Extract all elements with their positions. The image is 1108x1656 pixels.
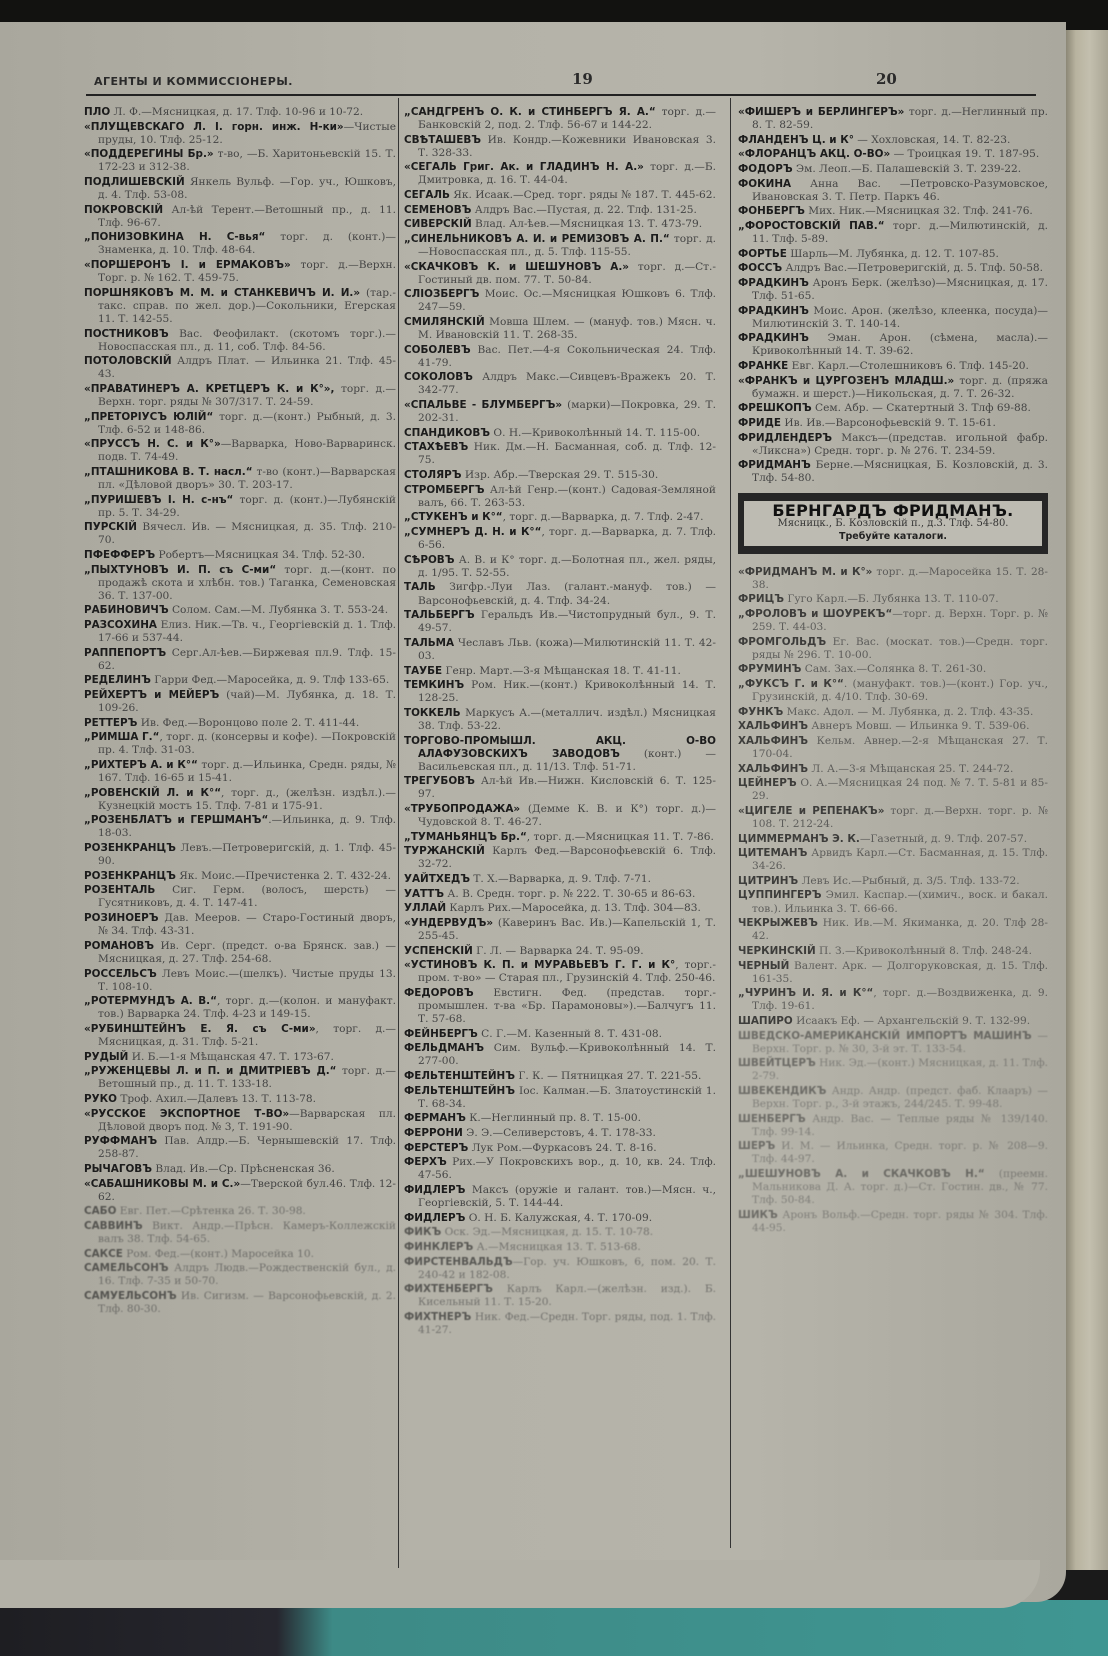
entry-name: «ПРУССЪ Н. С. и К°» (84, 438, 221, 450)
entry-name: УСПЕНСКІЙ (404, 945, 473, 957)
directory-entry: „РОЗЕНБЛАТЪ и ГЕРШМАНЪ“.—Ильинка, д. 9. … (84, 814, 396, 840)
directory-entry: РОЗЕНКРАНЦЪ Як. Моис.—Пречистенка 2. Т. … (84, 870, 396, 883)
directory-entry: ФЕРМАНЪ К.—Неглинный пр. 8. Т. 15-00. (404, 1112, 716, 1125)
entry-details: Эм. Леоп.—Б. Палашевскій 3. Т. 239-22. (793, 163, 1021, 175)
directory-entry: ХАЛЬФИНЪ Авнеръ Мовш. — Ильинка 9. Т. 53… (738, 720, 1048, 733)
entry-details: Мих. Ник.—Мясницкая 32. Тлф. 241-76. (805, 205, 1033, 217)
entry-details: Зигфр.-Луи Лаз. (галант.-мануф. тов.) —В… (418, 581, 716, 606)
entry-details: Валент. Арк. — Долгоруковская, д. 15. Тл… (752, 960, 1048, 985)
entry-details: Авнеръ Мовш. — Ильинка 9. Т. 539-06. (808, 720, 1029, 732)
directory-entry: «ПРУССЪ Н. С. и К°»—Варварка, Ново-Варва… (84, 438, 396, 464)
entry-name: ФИХТНЕРЪ (404, 1311, 471, 1323)
entry-details: Шарль—М. Лубянка, д. 12. Т. 107-85. (787, 248, 999, 260)
directory-entry: СОБОЛЕВЪ Вас. Пет.—4-я Сокольническая 24… (404, 344, 716, 370)
entry-name: РОЗЕНТАЛЬ (84, 884, 155, 896)
directory-entry: ШВЕЙТЦЕРЪ Ник. Эд.—(конт.) Мясницкая, д.… (738, 1057, 1048, 1083)
entry-details: Анна Вас. —Петровско-Разумовское, Иванов… (752, 178, 1048, 203)
directory-entry: РОССЕЛЬСЪ Левъ Моис.—(шелкъ). Чистые пру… (84, 968, 396, 994)
advertisement-content: БЕРНГАРДЪ ФРИДМАНЪ. Мясницк., Б. Козловс… (744, 501, 1042, 545)
entry-name: ФИДЛЕРЪ (404, 1184, 465, 1196)
directory-entry: РЕЙХЕРТЪ и МЕЙЕРЪ (чай)—М. Лубянка, д. 1… (84, 689, 396, 715)
entry-name: ФОДОРЪ (738, 163, 793, 175)
entry-name: «ТРУБОПРОДАЖА» (404, 803, 520, 815)
directory-entry: ФЕРРОНИ Э. Э.—Селиверстовъ, 4. Т. 178-33… (404, 1127, 716, 1140)
entry-name: ФРОМГОЛЬДЪ (738, 636, 826, 648)
directory-entry: «ТРУБОПРОДАЖА» (Демме К. В. и К°) торг. … (404, 803, 716, 829)
entry-details: Гуго Карл.—Б. Лубянка 13. Т. 110-07. (784, 593, 999, 605)
directory-entry: ПЛО Л. Ф.—Мясницкая, д. 17. Тлф. 10-96 и… (84, 106, 396, 119)
entry-name: „ПТАШНИКОВА В. Т. насл.“ (84, 466, 253, 478)
directory-entry: РАППЕПОРТЪ Серг.Ал-ѣев.—Биржевая пл.9. Т… (84, 647, 396, 673)
directory-entry: ФИДЛЕРЪ Максъ (оружіе и галант. тов.)—Мя… (404, 1184, 716, 1210)
entry-name: ФЕРХЪ (404, 1156, 447, 1168)
directory-entry: ФЕЙНБЕРГЪ С. Г.—М. Казенный 8. Т. 431-08… (404, 1028, 716, 1041)
directory-entry: «УСТИНОВЪ К. П. и МУРАВЬЕВЪ Г. Г. и К°, … (404, 959, 716, 985)
entry-name: ЧЕРКИНСКІЙ (738, 945, 816, 957)
entry-name: РЕТТЕРЪ (84, 717, 137, 729)
entry-details: Ром. Фед.—(конт.) Маросейка 10. (123, 1248, 314, 1260)
directory-entry: ПОДЛИШЕВСКІЙ Янкель Вульф. —Гор. уч., Юш… (84, 176, 396, 202)
entry-name: ПОТОЛОВСКІЙ (84, 355, 172, 367)
entry-details: —Газетный, д. 9. Тлф. 207-57. (860, 833, 1027, 845)
directory-entry: ШАПИРО Исаакъ Еф. — Архангельскій 9. Т. … (738, 1015, 1048, 1028)
entry-name: СПАНДИКОВЪ (404, 427, 490, 439)
entry-name: „РИХТЕРЪ А. и К°“ (84, 759, 198, 771)
entry-details: П. З.—Кривоколѣнный 8. Тлф. 248-24. (816, 945, 1032, 957)
entry-name: ЦЕЙНЕРЪ (738, 777, 797, 789)
entries-before-ad: «ФИШЕРЪ и БЕРЛИНГЕРЪ» торг. д.—Неглинный… (738, 106, 1048, 485)
directory-entry: ТАЛЬБЕРГЪ Геральдъ Ив.—Чистопрудный бул.… (404, 609, 716, 635)
entry-details: С. Г.—М. Казенный 8. Т. 431-08. (478, 1028, 662, 1040)
entry-name: „РОВЕНСКІЙ Л. и К°“ (84, 787, 221, 799)
entry-name: РУФФМАНЪ (84, 1135, 157, 1147)
entry-details: — Троицкая 19. Т. 187-95. (890, 148, 1039, 160)
entry-details: О. Н. Б. Калужская, 4. Т. 170-09. (465, 1212, 652, 1224)
directory-entry: СѢРОВЪ А. В. и К° торг. д.—Болотная пл.,… (404, 554, 716, 580)
directory-entry: «ФРАНКЪ и ЦУРГОЗЕНЪ МЛАДШ.» торг. д. (пр… (738, 375, 1048, 401)
directory-entry: ФИРСТЕНВАЛЬДЪ—Гор. уч. Юшковъ, 6, пом. 2… (404, 1256, 716, 1282)
directory-entry: ФИКЪ Оск. Эд.—Мясницкая, д. 15. Т. 10-78… (404, 1226, 716, 1239)
entry-name: ТАЛЬ (404, 581, 436, 593)
entry-name: САБО (84, 1205, 116, 1217)
entry-details: И. М. — Ильинка, Средн. торг. р. № 208—9… (752, 1140, 1048, 1165)
entry-details: Влад. Ал-ѣев.—Мясницкая 13. Т. 473-79. (472, 218, 702, 230)
directory-entry: «САБАШНИКОВЫ М. и С.»—Тверской бул.46. Т… (84, 1178, 396, 1204)
entry-name: РУДЫЙ (84, 1051, 128, 1063)
entry-details: Як. Моис.—Пречистенка 2. Т. 432-24. (176, 870, 391, 882)
entry-details: Алдръ Вас.—Пустая, д. 22. Тлф. 131-25. (471, 204, 696, 216)
directory-entry: ПУРСКІЙ Вячесл. Ив. — Мясницкая, д. 35. … (84, 521, 396, 547)
entry-details: — Хохловская, 14. Т. 82-23. (854, 134, 1011, 146)
directory-entry: ФРИДЛЕНДЕРЪ Максъ—(представ. игольной фа… (738, 432, 1048, 458)
entry-name: „РУЖЕНЦЕВЫ Л. и П. и ДМИТРІЕВЪ Д.“ (84, 1065, 337, 1077)
entry-name: СИВЕРСКІЙ (404, 218, 472, 230)
entry-name: ФИНКЛЕРЪ (404, 1241, 473, 1253)
entry-name: «РУБИНШТЕЙНЪ Е. Я. съ С-ми» (84, 1023, 316, 1035)
entry-name: ПФЕФФЕРЪ (84, 549, 155, 561)
entry-name: ФРИДЕ (738, 417, 781, 429)
entry-name: ТРЕГУБОВЪ (404, 775, 475, 787)
entry-details: Троф. Ахил.—Далевъ 13. Т. 113-78. (117, 1093, 316, 1105)
directory-entry: ФРИДЕ Ив. Ив.—Варсонофьевскій 9. Т. 15-6… (738, 417, 1048, 430)
entry-name: РОЗЕНКРАНЦЪ (84, 870, 176, 882)
entry-name: ТУРЖАНСКІЙ (404, 845, 485, 857)
directory-entry: «ПРАВАТИНЕРЪ А. КРЕТЦЕРЪ К. и К°», торг.… (84, 383, 396, 409)
directory-entry: РЕТТЕРЪ Ив. Фед.—Воронцово поле 2. Т. 41… (84, 717, 396, 730)
entry-name: САМЕЛЬСОНЪ (84, 1262, 169, 1274)
entry-details: Вячесл. Ив. — Мясницкая, д. 35. Тлф. 210… (98, 521, 396, 546)
directory-entry: ФЛАНДЕНЪ Ц. и К° — Хохловская, 14. Т. 82… (738, 134, 1048, 147)
entry-name: „ФРОЛОВЪ и ШОУРЕКЪ“ (738, 608, 892, 620)
directory-entry: УАТТЪ А. В. Средн. торг. р. № 222. Т. 30… (404, 888, 716, 901)
entry-name: ТАЛЬБЕРГЪ (404, 609, 475, 621)
entry-name: САМУЕЛЬСОНЪ (84, 1290, 177, 1302)
entry-name: ФЕРРОНИ (404, 1127, 463, 1139)
entry-name: «ПОРШЕРОНЪ І. и ЕРМАКОВЪ» (84, 259, 291, 271)
directory-entry: ФИДЛЕРЪ О. Н. Б. Калужская, 4. Т. 170-09… (404, 1212, 716, 1225)
directory-entry: ФЕЛЬТЕНШТЕЙНЪ Г. К. — Пятницкая 27. Т. 2… (404, 1070, 716, 1083)
directory-entry: «СЕГАЛЬ Григ. Ак. и ГЛАДИНЪ Н. А.» торг.… (404, 161, 716, 187)
directory-entry: ФОРТЬЕ Шарль—М. Лубянка, д. 12. Т. 107-8… (738, 248, 1048, 261)
entry-details: Рих.—У Покровскихъ вор., д. 10, кв. 24. … (418, 1156, 716, 1181)
entry-details: Лук Ром.—Фуркасовъ 24. Т. 8-16. (468, 1142, 656, 1154)
entry-name: ФИКЪ (404, 1226, 441, 1238)
entry-details: О. А.—Мясницкая 24 под. № 7. Т. 5-81 и 8… (752, 777, 1048, 802)
entry-details: Маркусъ А.—(металлич. издѣл.) Мясницкая … (418, 707, 716, 732)
directory-entry: ФОНБЕРГЪ Мих. Ник.—Мясницкая 32. Тлф. 24… (738, 205, 1048, 218)
entry-details: Л. Ф.—Мясницкая, д. 17. Тлф. 10-96 и 10-… (110, 106, 363, 118)
ad-call-to-action: Требуйте каталоги. (746, 530, 1040, 543)
entry-details: А.—Мясницкая 13. Т. 513-68. (473, 1241, 640, 1253)
directory-entry: РЫЧАГОВЪ Влад. Ив.—Ср. Прѣсненская 36. (84, 1163, 396, 1176)
directory-entry: ФРИДМАНЪ Берне.—Мясницкая, Б. Козловскій… (738, 459, 1048, 485)
directory-entry: „ПУРИШЕВЪ І. Н. с-нъ“ торг. д. (конт.)—Л… (84, 494, 396, 520)
running-title: АГЕНТЫ И КОММИССІОНЕРЫ. (94, 75, 293, 88)
directory-entry: „ФУКСЪ Г. и К°“. (мануфакт. тов.)—(конт.… (738, 678, 1048, 704)
entry-name: САКСЕ (84, 1248, 123, 1260)
entry-name: ФЕЙНБЕРГЪ (404, 1028, 478, 1040)
directory-entry: ШЕРЪ И. М. — Ильинка, Средн. торг. р. № … (738, 1140, 1048, 1166)
entry-name: „ПЫХТУНОВЪ И. П. съ С-ми“ (84, 564, 276, 576)
entry-name: ТАЛЬМА (404, 637, 454, 649)
directory-entry: САМЕЛЬСОНЪ Алдръ Людв.—Рождественскій бу… (84, 1262, 396, 1288)
entry-name: «УСТИНОВЪ К. П. и МУРАВЬЕВЪ Г. Г. и К° (404, 959, 675, 971)
entry-details: Генр. Март.—3-я Мѣщанская 18. Т. 41-11. (442, 665, 681, 677)
page-number-left: 19 (572, 70, 593, 88)
entry-details: Макс. Адол. — М. Лубянка, д. 2. Тлф. 43-… (783, 706, 1033, 718)
directory-entry: ФОКИНА Анна Вас. —Петровско-Разумовское,… (738, 178, 1048, 204)
entry-name: „ФУКСЪ Г. и К°“ (738, 678, 844, 690)
ad-title: БЕРНГАРДЪ ФРИДМАНЪ. (746, 504, 1040, 517)
directory-entry: „ПТАШНИКОВА В. Т. насл.“ т-во (конт.)—Ва… (84, 466, 396, 492)
directory-entry: ФЕЛЬДМАНЪ Сим. Вульф.—Кривоколѣнный 14. … (404, 1042, 716, 1068)
entry-name: «ПОДДЕРЕГИНЫ Бр.» (84, 148, 214, 160)
entry-name: ШАПИРО (738, 1015, 793, 1027)
directory-entry: «ФРИДМАНЪ М. и К°» торг. д.—Маросейка 15… (738, 566, 1048, 592)
entry-name: РОЗИНОЕРЪ (84, 912, 159, 924)
directory-entry: ФЕДОРОВЪ Евстигн. Фед. (представ. торг.-… (404, 987, 716, 1026)
directory-entry: „ПРЕТОРІУСЪ ЮЛІЙ“ торг. д.—(конт.) Рыбны… (84, 411, 396, 437)
entry-name: ТОККЕЛЬ (404, 707, 461, 719)
directory-entry: УЛЛАЙ Карлъ Рих.—Маросейка, д. 13. Тлф. … (404, 902, 716, 915)
entry-name: ХАЛЬФИНЪ (738, 735, 808, 747)
entry-name: ФЕДОРОВЪ (404, 987, 474, 999)
entry-name: УЛЛАЙ (404, 902, 446, 914)
directory-entry: ФРАДКИНЪ Моис. Арон. (желѣзо, клеенка, п… (738, 305, 1048, 331)
entries-after-ad: «ФРИДМАНЪ М. и К°» торг. д.—Маросейка 15… (738, 566, 1048, 1235)
directory-entry: ТЕМКИНЪ Ром. Ник.—(конт.) Кривоколѣнный … (404, 679, 716, 705)
entry-name: РЫЧАГОВЪ (84, 1163, 152, 1175)
directory-entry: ПОСТНИКОВЪ Вас. Феофилакт. (скотомъ торг… (84, 328, 396, 354)
entry-name: САВВИНЪ (84, 1220, 143, 1232)
entry-name: ЦИТЕМАНЪ (738, 847, 807, 859)
directory-entry: СПАНДИКОВЪ О. Н.—Кривоколѣнный 14. Т. 11… (404, 427, 716, 440)
directory-entry: „СУМНЕРЪ Д. Н. и К°“, торг. д.—Варварка,… (404, 526, 716, 552)
directory-entry: СИВЕРСКІЙ Влад. Ал-ѣев.—Мясницкая 13. Т.… (404, 218, 716, 231)
entry-details: Викт. Андр.—Прѣсн. Камеръ-Коллежскій вал… (98, 1220, 396, 1245)
entry-name: СОБОЛЕВЪ (404, 344, 471, 356)
directory-entry: ШИКЪ Аронъ Вольф.—Средн. торг. ряды № 30… (738, 1209, 1048, 1235)
directory-entry: РУКО Троф. Ахил.—Далевъ 13. Т. 113-78. (84, 1093, 396, 1106)
entry-name: «САБАШНИКОВЫ М. и С.» (84, 1178, 240, 1190)
directory-entry: ТАЛЬМА Чеславъ Льв. (кожа)—Милютинскій 1… (404, 637, 716, 663)
entry-name: «ПРАВАТИНЕРЪ А. КРЕТЦЕРЪ К. и К°», (84, 383, 334, 395)
entry-name: ШЕРЪ (738, 1140, 775, 1152)
directory-entry: ФЕЛЬТЕНШТЕЙНЪ Іос. Калман.—Б. Златоустин… (404, 1085, 716, 1111)
directory-entry: РОЗИНОЕРЪ Дав. Мееров. — Старо-Гостиный … (84, 912, 396, 938)
entry-name: ЧЕКРЫЖЕВЪ (738, 917, 818, 929)
entry-name: УАЙТХЕДЪ (404, 873, 470, 885)
entry-name: «РУССКОЕ ЭКСПОРТНОЕ Т-ВО» (84, 1108, 289, 1120)
entry-details: Ив. Фед.—Воронцово поле 2. Т. 411-44. (137, 717, 359, 729)
directory-entry: ХАЛЬФИНЪ Л. А.—3-я Мѣщанская 25. Т. 244-… (738, 763, 1048, 776)
entry-name: «СЕГАЛЬ Григ. Ак. и ГЛАДИНЪ Н. А.» (404, 161, 644, 173)
directory-entry: ФРИЦЪ Гуго Карл.—Б. Лубянка 13. Т. 110-0… (738, 593, 1048, 606)
entry-name: ШИКЪ (738, 1209, 778, 1221)
ad-address: Мясницк., Б. Козловскій п., д.3. Тлф. 54… (746, 517, 1040, 530)
entry-name: ФОРТЬЕ (738, 248, 787, 260)
column-divider (398, 98, 399, 1568)
entry-name: УАТТЪ (404, 888, 444, 900)
directory-entry: „РИМША Г.“, торг. д. (консервы и кофе). … (84, 731, 396, 757)
directory-entry: ФРОМГОЛЬДЪ Ег. Вас. (москат. тов.)—Средн… (738, 636, 1048, 662)
entry-name: ФРАДКИНЪ (738, 305, 809, 317)
entry-name: РАБИНОВИЧЪ (84, 604, 169, 616)
entry-details: Гарри Фед.—Маросейка, д. 9. Тлф 133-65. (151, 674, 389, 686)
entry-name: ФРИДЛЕНДЕРЪ (738, 432, 832, 444)
directory-entry: «ПОРШЕРОНЪ І. и ЕРМАКОВЪ» торг. д.—Верхн… (84, 259, 396, 285)
entry-name: ПОРШНЯКОВЪ М. М. и СТАНКЕВИЧЪ И. И.» (84, 287, 360, 299)
directory-entry: ШВЕКЕНДИКЪ Андр. Андр. (предст. фаб. Кла… (738, 1085, 1048, 1111)
entry-name: ФИХТЕНБЕРГЪ (404, 1283, 493, 1295)
entry-name: „ПРЕТОРІУСЪ ЮЛІЙ“ (84, 411, 213, 423)
entry-name: ФРИЦЪ (738, 593, 784, 605)
entry-name: РЕДЕЛИНЪ (84, 674, 151, 686)
entry-details: Г. К. — Пятницкая 27. Т. 221-55. (515, 1070, 701, 1082)
entry-details: Чеславъ Льв. (кожа)—Милютинскій 11. Т. 4… (418, 637, 716, 662)
directory-entry: „РИХТЕРЪ А. и К°“ торг. д.—Ильинка, Сред… (84, 759, 396, 785)
entry-name: СТАХѢЕВЪ (404, 441, 468, 453)
entry-details: Л. А.—3-я Мѣщанская 25. Т. 244-72. (808, 763, 1013, 775)
entry-name: „ТУМАНЬЯНЦЪ Бр.“ (404, 831, 527, 843)
entry-name: ФЕЛЬТЕНШТЕЙНЪ (404, 1085, 515, 1097)
entry-name: СТРОМБЕРГЪ (404, 484, 485, 496)
directory-entry: ЦИТРИНЪ Левъ Ис.—Рыбный, д. 3/5. Тлф. 13… (738, 875, 1048, 888)
directory-entry: „ФОРОСТОВСКІЙ ПАВ.“ торг. д.—Милютинскій… (738, 220, 1048, 246)
directory-entry: ПФЕФФЕРЪ Робертъ—Мясницкая 34. Тлф. 52-3… (84, 549, 396, 562)
entry-details: Оск. Эд.—Мясницкая, д. 15. Т. 10-78. (441, 1226, 653, 1238)
entry-details: Изр. Абр.—Тверская 29. Т. 515-30. (462, 469, 659, 481)
entry-name: „ФОРОСТОВСКІЙ ПАВ.“ (738, 220, 885, 232)
directory-entry: САБО Евг. Пет.—Срѣтенка 26. Т. 30-98. (84, 1205, 396, 1218)
directory-entry: ФОДОРЪ Эм. Леоп.—Б. Палашевскій 3. Т. 23… (738, 163, 1048, 176)
entry-name: ФРАНКЕ (738, 360, 788, 372)
directory-entry: УСПЕНСКІЙ Г. Л. — Варварка 24. Т. 95-09. (404, 945, 716, 958)
directory-entry: ЧЕРКИНСКІЙ П. З.—Кривоколѣнный 8. Тлф. 2… (738, 945, 1048, 958)
entry-details: Левъ Ис.—Рыбный, д. 3/5. Тлф. 133-72. (798, 875, 1019, 887)
directory-entry: ФЕРХЪ Рих.—У Покровскихъ вор., д. 10, кв… (404, 1156, 716, 1182)
directory-entry: „РУЖЕНЦЕВЫ Л. и П. и ДМИТРІЕВЪ Д.“ торг.… (84, 1065, 396, 1091)
directory-entry: ТУРЖАНСКІЙ Карлъ Фед.—Варсонофьевскій 6.… (404, 845, 716, 871)
entry-name: СТОЛЯРЪ (404, 469, 462, 481)
entry-name: „СИНЕЛЬНИКОВЪ А. И. и РЕМИЗОВЪ А. П.“ (404, 233, 670, 245)
entry-name: ЦИММЕРМАНЪ Э. К. (738, 833, 860, 845)
directory-entry: ПОТОЛОВСКІЙ Алдръ Плат. — Ильинка 21. Тл… (84, 355, 396, 381)
directory-entry: „ЧУРИНЪ И. Я. и К°“, торг. д.—Воздвиженк… (738, 987, 1048, 1013)
entry-details: Сем. Абр. — Скатертный 3. Тлф 69-88. (812, 402, 1031, 414)
entry-name: «ФРИДМАНЪ М. и К°» (738, 566, 872, 578)
entry-name: „РИМША Г.“ (84, 731, 159, 743)
directory-entry: ФУНКЪ Макс. Адол. — М. Лубянка, д. 2. Тл… (738, 706, 1048, 719)
directory-entry: СМИЛЯНСКІЙ Мовша Шлем. — (мануф. тов.) М… (404, 316, 716, 342)
directory-entry: ШВЕДСКО-АМЕРИКАНСКІЙ ИМПОРТЪ МАШИНЪ — Ве… (738, 1030, 1048, 1056)
entry-name: РОМАНОВЪ (84, 940, 154, 952)
directory-entry: СЕМЕНОВЪ Алдръ Вас.—Пустая, д. 22. Тлф. … (404, 204, 716, 217)
scan-background (0, 1600, 1108, 1656)
entry-name: ШЕНБЕРГЪ (738, 1113, 806, 1125)
entry-name: ХАЛЬФИНЪ (738, 720, 808, 732)
directory-entry: УАЙТХЕДЪ Т. Х.—Варварка, д. 9. Тлф. 7-71… (404, 873, 716, 886)
entry-name: «УНДЕРВУДЪ» (404, 917, 493, 929)
directory-entry: СТОЛЯРЪ Изр. Абр.—Тверская 29. Т. 515-30… (404, 469, 716, 482)
directory-entry: РУДЫЙ И. Б.—1-я Мѣщанская 47. Т. 173-67. (84, 1051, 396, 1064)
entry-details: Влад. Ив.—Ср. Прѣсненская 36. (152, 1163, 335, 1175)
directory-entry: „ШЕШУНОВЪ А. и СКАЧКОВЪ Н.“ (преемн. Мал… (738, 1168, 1048, 1207)
directory-entry: ЦЕЙНЕРЪ О. А.—Мясницкая 24 под. № 7. Т. … (738, 777, 1048, 803)
directory-entry: ФРАНКЕ Евг. Карл.—Столешниковъ 6. Тлф. 1… (738, 360, 1048, 373)
directory-column-1: ПЛО Л. Ф.—Мясницкая, д. 17. Тлф. 10-96 и… (84, 106, 396, 1318)
directory-entry: „СИНЕЛЬНИКОВЪ А. И. и РЕМИЗОВЪ А. П.“ то… (404, 233, 716, 259)
entry-name: „РОЗЕНБЛАТЪ и ГЕРШМАНЪ“ (84, 814, 268, 826)
entry-name: «СПАЛЬВЕ - БЛУМБЕРГЪ» (404, 399, 562, 411)
entry-name: ТЕМКИНЪ (404, 679, 464, 691)
directory-entry: СОКОЛОВЪ Алдръ Макс.—Сивцевъ-Вражекъ 20.… (404, 371, 716, 397)
directory-entry: ПОРШНЯКОВЪ М. М. и СТАНКЕВИЧЪ И. И.» (та… (84, 287, 396, 326)
directory-entry: ФРЕШКОПЪ Сем. Абр. — Скатертный 3. Тлф 6… (738, 402, 1048, 415)
entry-details: Аронъ Вольф.—Средн. торг. ряды № 304. Тл… (752, 1209, 1048, 1234)
directory-entry: „ТУМАНЬЯНЦЪ Бр.“, торг. д.—Мясницкая 11.… (404, 831, 716, 844)
directory-entry: „ПОНИЗОВКИНА Н. С-вья“ торг. д. (конт.)—… (84, 231, 396, 257)
entry-details: Солом. Сам.—М. Лубянка 3. Т. 553-24. (169, 604, 389, 616)
directory-entry: „ФРОЛОВЪ и ШОУРЕКЪ“—торг. д. Верхн. Торг… (738, 608, 1048, 634)
book-page-edge (1062, 30, 1108, 1570)
entry-name: ХАЛЬФИНЪ (738, 763, 808, 775)
directory-entry: ЧЕРНЫЙ Валент. Арк. — Долгоруковская, д.… (738, 960, 1048, 986)
directory-entry: ТРЕГУБОВЪ Ал-ѣй Ив.—Нижн. Кисловскій 6. … (404, 775, 716, 801)
directory-entry: «РУБИНШТЕЙНЪ Е. Я. съ С-ми», торг. д.—Мя… (84, 1023, 396, 1049)
entry-name: „СТУКЕНЪ и К°“ (404, 511, 503, 523)
page-number-right: 20 (876, 70, 897, 88)
directory-entry: САВВИНЪ Викт. Андр.—Прѣсн. Камеръ-Коллеж… (84, 1220, 396, 1246)
entry-details: Э. Э.—Селиверстовъ, 4. Т. 178-33. (463, 1127, 656, 1139)
entry-name: СМИЛЯНСКІЙ (404, 316, 485, 328)
directory-entry: «СПАЛЬВЕ - БЛУМБЕРГЪ» (марки)—Покровка, … (404, 399, 716, 425)
entry-details: И. Б.—1-я Мѣщанская 47. Т. 173-67. (128, 1051, 334, 1063)
directory-entry: ЦИММЕРМАНЪ Э. К.—Газетный, д. 9. Тлф. 20… (738, 833, 1048, 846)
entry-details: Ив. Ив.—Варсонофьевскій 9. Т. 15-61. (781, 417, 996, 429)
entry-name: ЦИТРИНЪ (738, 875, 798, 887)
directory-entry: РЕДЕЛИНЪ Гарри Фед.—Маросейка, д. 9. Тлф… (84, 674, 396, 687)
page-header: АГЕНТЫ И КОММИССІОНЕРЫ. 19 20 (86, 72, 1036, 96)
entry-name: ФРАДКИНЪ (738, 277, 809, 289)
entry-name: ФЕРСТЕРЪ (404, 1142, 468, 1154)
directory-entry: ФРУМИНЪ Сам. Зах.—Солянка 8. Т. 261-30. (738, 663, 1048, 676)
entry-details: Евг. Карл.—Столешниковъ 6. Тлф. 145-20. (788, 360, 1029, 372)
entry-details: Карлъ Рих.—Маросейка, д. 13. Тлф. 304—83… (446, 902, 701, 914)
entry-details: О. Н.—Кривоколѣнный 14. Т. 115-00. (490, 427, 700, 439)
entry-name: ФЛАНДЕНЪ Ц. и К° (738, 134, 854, 146)
entry-name: ФЕЛЬТЕНШТЕЙНЪ (404, 1070, 515, 1082)
entry-name: РОССЕЛЬСЪ (84, 968, 157, 980)
directory-entry: СТАХѢЕВЪ Ник. Дм.—Н. Басманная, соб. д. … (404, 441, 716, 467)
entry-name: РУКО (84, 1093, 117, 1105)
entry-name: ФОССЪ (738, 262, 782, 274)
entry-details: Як. Исаак.—Сред. торг. ряды № 187. Т. 44… (450, 189, 716, 201)
entry-name: РОЗЕНКРАНЦЪ (84, 842, 176, 854)
entry-name: ПОСТНИКОВЪ (84, 328, 169, 340)
directory-entry: „РОТЕРМУНДЪ А. В.“, торг. д.—(колон. и м… (84, 995, 396, 1021)
entry-name: ФРАДКИНЪ (738, 332, 809, 344)
entry-name: ФИДЛЕРЪ (404, 1212, 465, 1224)
entry-name: ЦУППИНГЕРЪ (738, 889, 822, 901)
entry-name: ФОНБЕРГЪ (738, 205, 805, 217)
entry-name: ШВЕДСКО-АМЕРИКАНСКІЙ ИМПОРТЪ МАШИНЪ (738, 1030, 1032, 1042)
entry-name: СѢРОВЪ (404, 554, 455, 566)
directory-entry: „САНДГРЕНЪ О. К. и СТИНБЕРГЪ Я. А.“ торг… (404, 106, 716, 132)
entry-name: „ПУРИШЕВЪ І. Н. с-нъ“ (84, 494, 233, 506)
entry-details: Евг. Пет.—Срѣтенка 26. Т. 30-98. (116, 1205, 305, 1217)
entry-name: «ПЛУЩЕВСКАГО Л. І. горн. инж. Н-ки» (84, 121, 344, 133)
entry-name: ТАУБЕ (404, 665, 442, 677)
directory-entry: «ЦИГЕЛЕ и РЕПЕНАКЪ» торг. д.—Верхн. торг… (738, 805, 1048, 831)
directory-entry: ФРАДКИНЪ Аронъ Берк. (желѣзо)—Мясницкая,… (738, 277, 1048, 303)
entry-details: Алдръ Вас.—Петроверигскій, д. 5. Тлф. 50… (782, 262, 1043, 274)
entry-name: ШВЕЙТЦЕРЪ (738, 1057, 816, 1069)
entry-details: А. В. и К° торг. д.—Болотная пл., жел. р… (418, 554, 716, 579)
entry-name: „ПОНИЗОВКИНА Н. С-вья“ (84, 231, 265, 243)
entry-name: ПОКРОВСКІЙ (84, 204, 163, 216)
directory-entry: РАБИНОВИЧЪ Солом. Сам.—М. Лубянка 3. Т. … (84, 604, 396, 617)
directory-entry: „РОВЕНСКІЙ Л. и К°“, торг. д., (желѣзн. … (84, 787, 396, 813)
entry-name: ПЛО (84, 106, 110, 118)
directory-entry: РОМАНОВЪ Ив. Серг. (предст. о-ва Брянск.… (84, 940, 396, 966)
directory-entry: «СКАЧКОВЪ К. и ШЕШУНОВЪ А.» торг. д.—Ст.… (404, 261, 716, 287)
entry-details: Т. Х.—Варварка, д. 9. Тлф. 7-71. (470, 873, 651, 885)
entry-name: РАППЕПОРТЪ (84, 647, 166, 659)
entry-name: «ФРАНКЪ и ЦУРГОЗЕНЪ МЛАДШ.» (738, 375, 954, 387)
directory-entry: „ПЫХТУНОВЪ И. П. съ С-ми“ торг. д.—(конт… (84, 564, 396, 603)
directory-entry: СВѢТАШЕВЪ Ив. Кондр.—Кожевники Ивановска… (404, 134, 716, 160)
